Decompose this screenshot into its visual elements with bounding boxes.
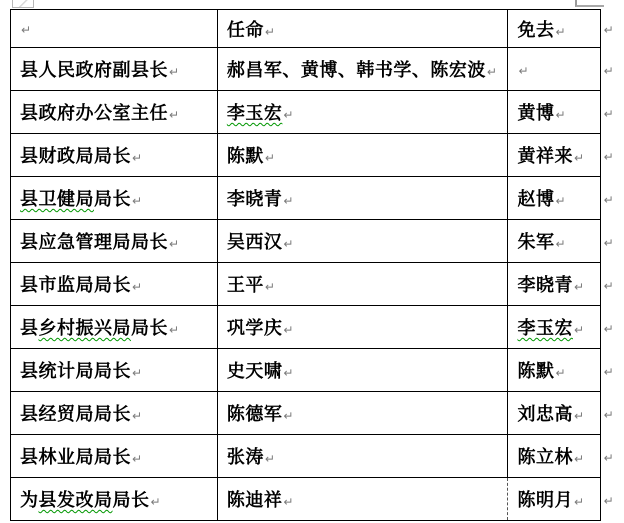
appoint-cell[interactable]: 任命↵: [217, 10, 508, 48]
cell-text: 县统计局局长: [20, 361, 131, 381]
table-row: 为县发改局局长↵陈迪祥↵陈明月↵↵: [11, 478, 624, 521]
cell-text: 县人民政府副县长: [20, 60, 168, 80]
cell-text: 王平: [227, 275, 264, 295]
remove-cell[interactable]: 李玉宏↵: [508, 306, 600, 349]
position-cell[interactable]: 县财政局局长↵: [11, 134, 218, 177]
appoint-cell[interactable]: 郝昌军、黄博、韩书学、陈宏波↵: [217, 48, 508, 91]
cell-text: 陈德军: [227, 404, 283, 424]
cell-text: 李晓青: [227, 189, 283, 209]
end-of-row-mark-icon: ↵: [604, 408, 614, 422]
cell-text: 为: [20, 490, 39, 510]
end-of-row-mark-icon: ↵: [604, 107, 614, 121]
cell-text: 巩学庆: [227, 318, 283, 338]
end-of-cell-mark-icon: ↵: [283, 409, 293, 423]
end-of-row-mark-icon: ↵: [604, 150, 614, 164]
end-of-row-mark-icon: ↵: [604, 236, 614, 250]
cell-text: 局长: [94, 189, 131, 209]
row-end-gutter: ↵: [600, 435, 623, 478]
position-cell[interactable]: 县乡村振兴局局长↵: [11, 306, 218, 349]
end-of-cell-mark-icon: ↵: [132, 280, 142, 294]
cell-text: 免去: [517, 20, 554, 40]
cell-text: 县财政局局长: [20, 146, 131, 166]
remove-cell[interactable]: 陈立林↵: [508, 435, 600, 478]
end-of-cell-mark-icon: ↵: [518, 64, 528, 78]
cell-text: 县政府办公室主任: [20, 103, 168, 123]
cell-text: 陈迪祥: [227, 490, 283, 510]
appoint-cell[interactable]: 张涛↵: [217, 435, 508, 478]
end-of-cell-mark-icon: ↵: [283, 237, 293, 251]
document-page: { "symbols": { "end_of_cell_mark": "↵", …: [0, 0, 624, 523]
position-cell[interactable]: 县人民政府副县长↵: [11, 48, 218, 91]
table-row: 县乡村振兴局局长↵巩学庆↵李玉宏↵↵: [11, 306, 624, 349]
position-cell[interactable]: ↵: [11, 10, 218, 48]
remove-cell[interactable]: 朱军↵: [508, 220, 600, 263]
end-of-cell-mark-icon: ↵: [555, 108, 565, 122]
cell-text: 陈默: [227, 146, 264, 166]
cell-text: 县: [20, 318, 39, 338]
end-of-cell-mark-icon: ↵: [555, 25, 565, 39]
row-end-gutter: ↵: [600, 10, 623, 48]
cell-text: 县市监局局长: [20, 275, 131, 295]
table-row: 县经贸局局长↵陈德军↵刘忠高↵↵: [11, 392, 624, 435]
cell-text: 张涛: [227, 447, 264, 467]
position-cell[interactable]: 县统计局局长↵: [11, 349, 218, 392]
appoint-cell[interactable]: 陈德军↵: [217, 392, 508, 435]
position-cell[interactable]: 县市监局局长↵: [11, 263, 218, 306]
end-of-cell-mark-icon: ↵: [574, 151, 584, 165]
position-cell[interactable]: 县应急管理局局长↵: [11, 220, 218, 263]
position-cell[interactable]: 县林业局局长↵: [11, 435, 218, 478]
end-of-cell-mark-icon: ↵: [574, 409, 584, 423]
cell-text: 乡村振兴局: [39, 318, 132, 338]
end-of-cell-mark-icon: ↵: [574, 495, 584, 509]
cropped-handle-corner-fragment: [575, 0, 604, 7]
remove-cell[interactable]: 免去↵: [508, 10, 600, 48]
cell-text: 局长: [131, 318, 168, 338]
end-of-cell-mark-icon: ↵: [132, 366, 142, 380]
end-of-cell-mark-icon: ↵: [265, 452, 275, 466]
end-of-cell-mark-icon: ↵: [151, 495, 161, 509]
cell-text: 李玉宏: [517, 318, 573, 338]
table-row: 县市监局局长↵王平↵李晓青↵↵: [11, 263, 624, 306]
cell-text: 刘忠高: [517, 404, 573, 424]
end-of-cell-mark-icon: ↵: [574, 452, 584, 466]
end-of-cell-mark-icon: ↵: [169, 237, 179, 251]
cell-text: 任命: [227, 20, 264, 40]
table-row: 县应急管理局局长↵吴西汉↵朱军↵↵: [11, 220, 624, 263]
end-of-cell-mark-icon: ↵: [574, 280, 584, 294]
row-end-gutter: ↵: [600, 220, 623, 263]
table-row: 县人民政府副县长↵郝昌军、黄博、韩书学、陈宏波↵↵↵: [11, 48, 624, 91]
row-end-gutter: ↵: [600, 263, 623, 306]
cell-text: 陈明月: [517, 490, 573, 510]
cell-text: 黄博: [517, 103, 554, 123]
table-row: 县统计局局长↵史天啸↵陈默↵↵: [11, 349, 624, 392]
table-body: ↵任命↵免去↵↵县人民政府副县长↵郝昌军、黄博、韩书学、陈宏波↵↵↵县政府办公室…: [11, 10, 624, 521]
cell-text: 吴西汉: [227, 232, 283, 252]
cell-text: 赵博: [517, 189, 554, 209]
end-of-cell-mark-icon: ↵: [487, 65, 497, 79]
end-of-row-mark-icon: ↵: [604, 193, 614, 207]
remove-cell[interactable]: 陈明月↵: [508, 478, 600, 521]
appoint-cell[interactable]: 王平↵: [217, 263, 508, 306]
cropped-table-handle-fragment: [12, 0, 34, 8]
end-of-cell-mark-icon: ↵: [283, 108, 293, 122]
row-end-gutter: ↵: [600, 48, 623, 91]
end-of-cell-mark-icon: ↵: [283, 323, 293, 337]
remove-cell[interactable]: 黄博↵: [508, 91, 600, 134]
cell-text: 史天啸: [227, 361, 283, 381]
end-of-cell-mark-icon: ↵: [265, 280, 275, 294]
row-end-gutter: ↵: [600, 91, 623, 134]
end-of-cell-mark-icon: ↵: [132, 194, 142, 208]
appoint-cell[interactable]: 巩学庆↵: [217, 306, 508, 349]
end-of-cell-mark-icon: ↵: [555, 237, 565, 251]
cell-text: 县应急管理局局长: [20, 232, 168, 252]
appoint-cell[interactable]: 史天啸↵: [217, 349, 508, 392]
row-end-gutter: ↵: [600, 392, 623, 435]
end-of-cell-mark-icon: ↵: [132, 409, 142, 423]
row-end-gutter: ↵: [600, 349, 623, 392]
end-of-cell-mark-icon: ↵: [169, 108, 179, 122]
row-end-gutter: ↵: [600, 306, 623, 349]
cell-text: 局长: [113, 490, 150, 510]
end-of-cell-mark-icon: ↵: [169, 65, 179, 79]
end-of-row-mark-icon: ↵: [604, 23, 614, 37]
remove-cell[interactable]: 黄祥来↵: [508, 134, 600, 177]
row-end-gutter: ↵: [600, 478, 623, 521]
position-cell[interactable]: 县政府办公室主任↵: [11, 91, 218, 134]
table-row: 县林业局局长↵张涛↵陈立林↵↵: [11, 435, 624, 478]
end-of-cell-mark-icon: ↵: [169, 323, 179, 337]
appoint-cell[interactable]: 吴西汉↵: [217, 220, 508, 263]
end-of-row-mark-icon: ↵: [604, 279, 614, 293]
end-of-cell-mark-icon: ↵: [555, 366, 565, 380]
cell-text: 李晓青: [517, 275, 573, 295]
row-end-gutter: ↵: [600, 134, 623, 177]
remove-cell[interactable]: 刘忠高↵: [508, 392, 600, 435]
cell-text: 县经贸局局长: [20, 404, 131, 424]
table-row: 县卫健局局长↵李晓青↵赵博↵↵: [11, 177, 624, 220]
cell-text: 陈立林: [517, 447, 573, 467]
cell-text: 朱军: [517, 232, 554, 252]
remove-cell[interactable]: 李晓青↵: [508, 263, 600, 306]
header-row: ↵任命↵免去↵↵: [11, 10, 624, 48]
appointments-removals-table: ↵任命↵免去↵↵县人民政府副县长↵郝昌军、黄博、韩书学、陈宏波↵↵↵县政府办公室…: [10, 9, 624, 521]
appoint-cell[interactable]: 李玉宏↵: [217, 91, 508, 134]
end-of-row-mark-icon: ↵: [604, 64, 614, 78]
end-of-cell-mark-icon: ↵: [574, 323, 584, 337]
cell-text: 李玉宏: [227, 103, 283, 123]
position-cell[interactable]: 为县发改局局长↵: [11, 478, 218, 521]
position-cell[interactable]: 县经贸局局长↵: [11, 392, 218, 435]
remove-cell[interactable]: ↵: [508, 48, 600, 91]
appoint-cell[interactable]: 李晓青↵: [217, 177, 508, 220]
appoint-cell[interactable]: 陈迪祥↵: [217, 478, 508, 521]
end-of-cell-mark-icon: ↵: [283, 366, 293, 380]
end-of-cell-mark-icon: ↵: [555, 194, 565, 208]
end-of-cell-mark-icon: ↵: [265, 151, 275, 165]
end-of-row-mark-icon: ↵: [604, 365, 614, 379]
appoint-cell[interactable]: 陈默↵: [217, 134, 508, 177]
table-row: 县财政局局长↵陈默↵黄祥来↵↵: [11, 134, 624, 177]
end-of-row-mark-icon: ↵: [604, 322, 614, 336]
end-of-cell-mark-icon: ↵: [21, 23, 31, 37]
end-of-cell-mark-icon: ↵: [283, 495, 293, 509]
end-of-cell-mark-icon: ↵: [283, 194, 293, 208]
end-of-cell-mark-icon: ↵: [132, 151, 142, 165]
table-row: 县政府办公室主任↵李玉宏↵黄博↵↵: [11, 91, 624, 134]
cell-text: 黄祥来: [517, 146, 573, 166]
remove-cell[interactable]: 赵博↵: [508, 177, 600, 220]
cell-text: 陈默: [517, 361, 554, 381]
end-of-cell-mark-icon: ↵: [265, 25, 275, 39]
cell-text: 郝昌军、黄博、韩书学、陈宏波: [227, 60, 486, 80]
remove-cell[interactable]: 陈默↵: [508, 349, 600, 392]
end-of-cell-mark-icon: ↵: [132, 452, 142, 466]
cell-text: 县林业局局长: [20, 447, 131, 467]
row-end-gutter: ↵: [600, 177, 623, 220]
position-cell[interactable]: 县卫健局局长↵: [11, 177, 218, 220]
cell-text: 县发改局: [39, 490, 113, 510]
end-of-row-mark-icon: ↵: [604, 494, 614, 508]
cell-text: 县卫健局: [20, 189, 94, 209]
end-of-row-mark-icon: ↵: [604, 451, 614, 465]
